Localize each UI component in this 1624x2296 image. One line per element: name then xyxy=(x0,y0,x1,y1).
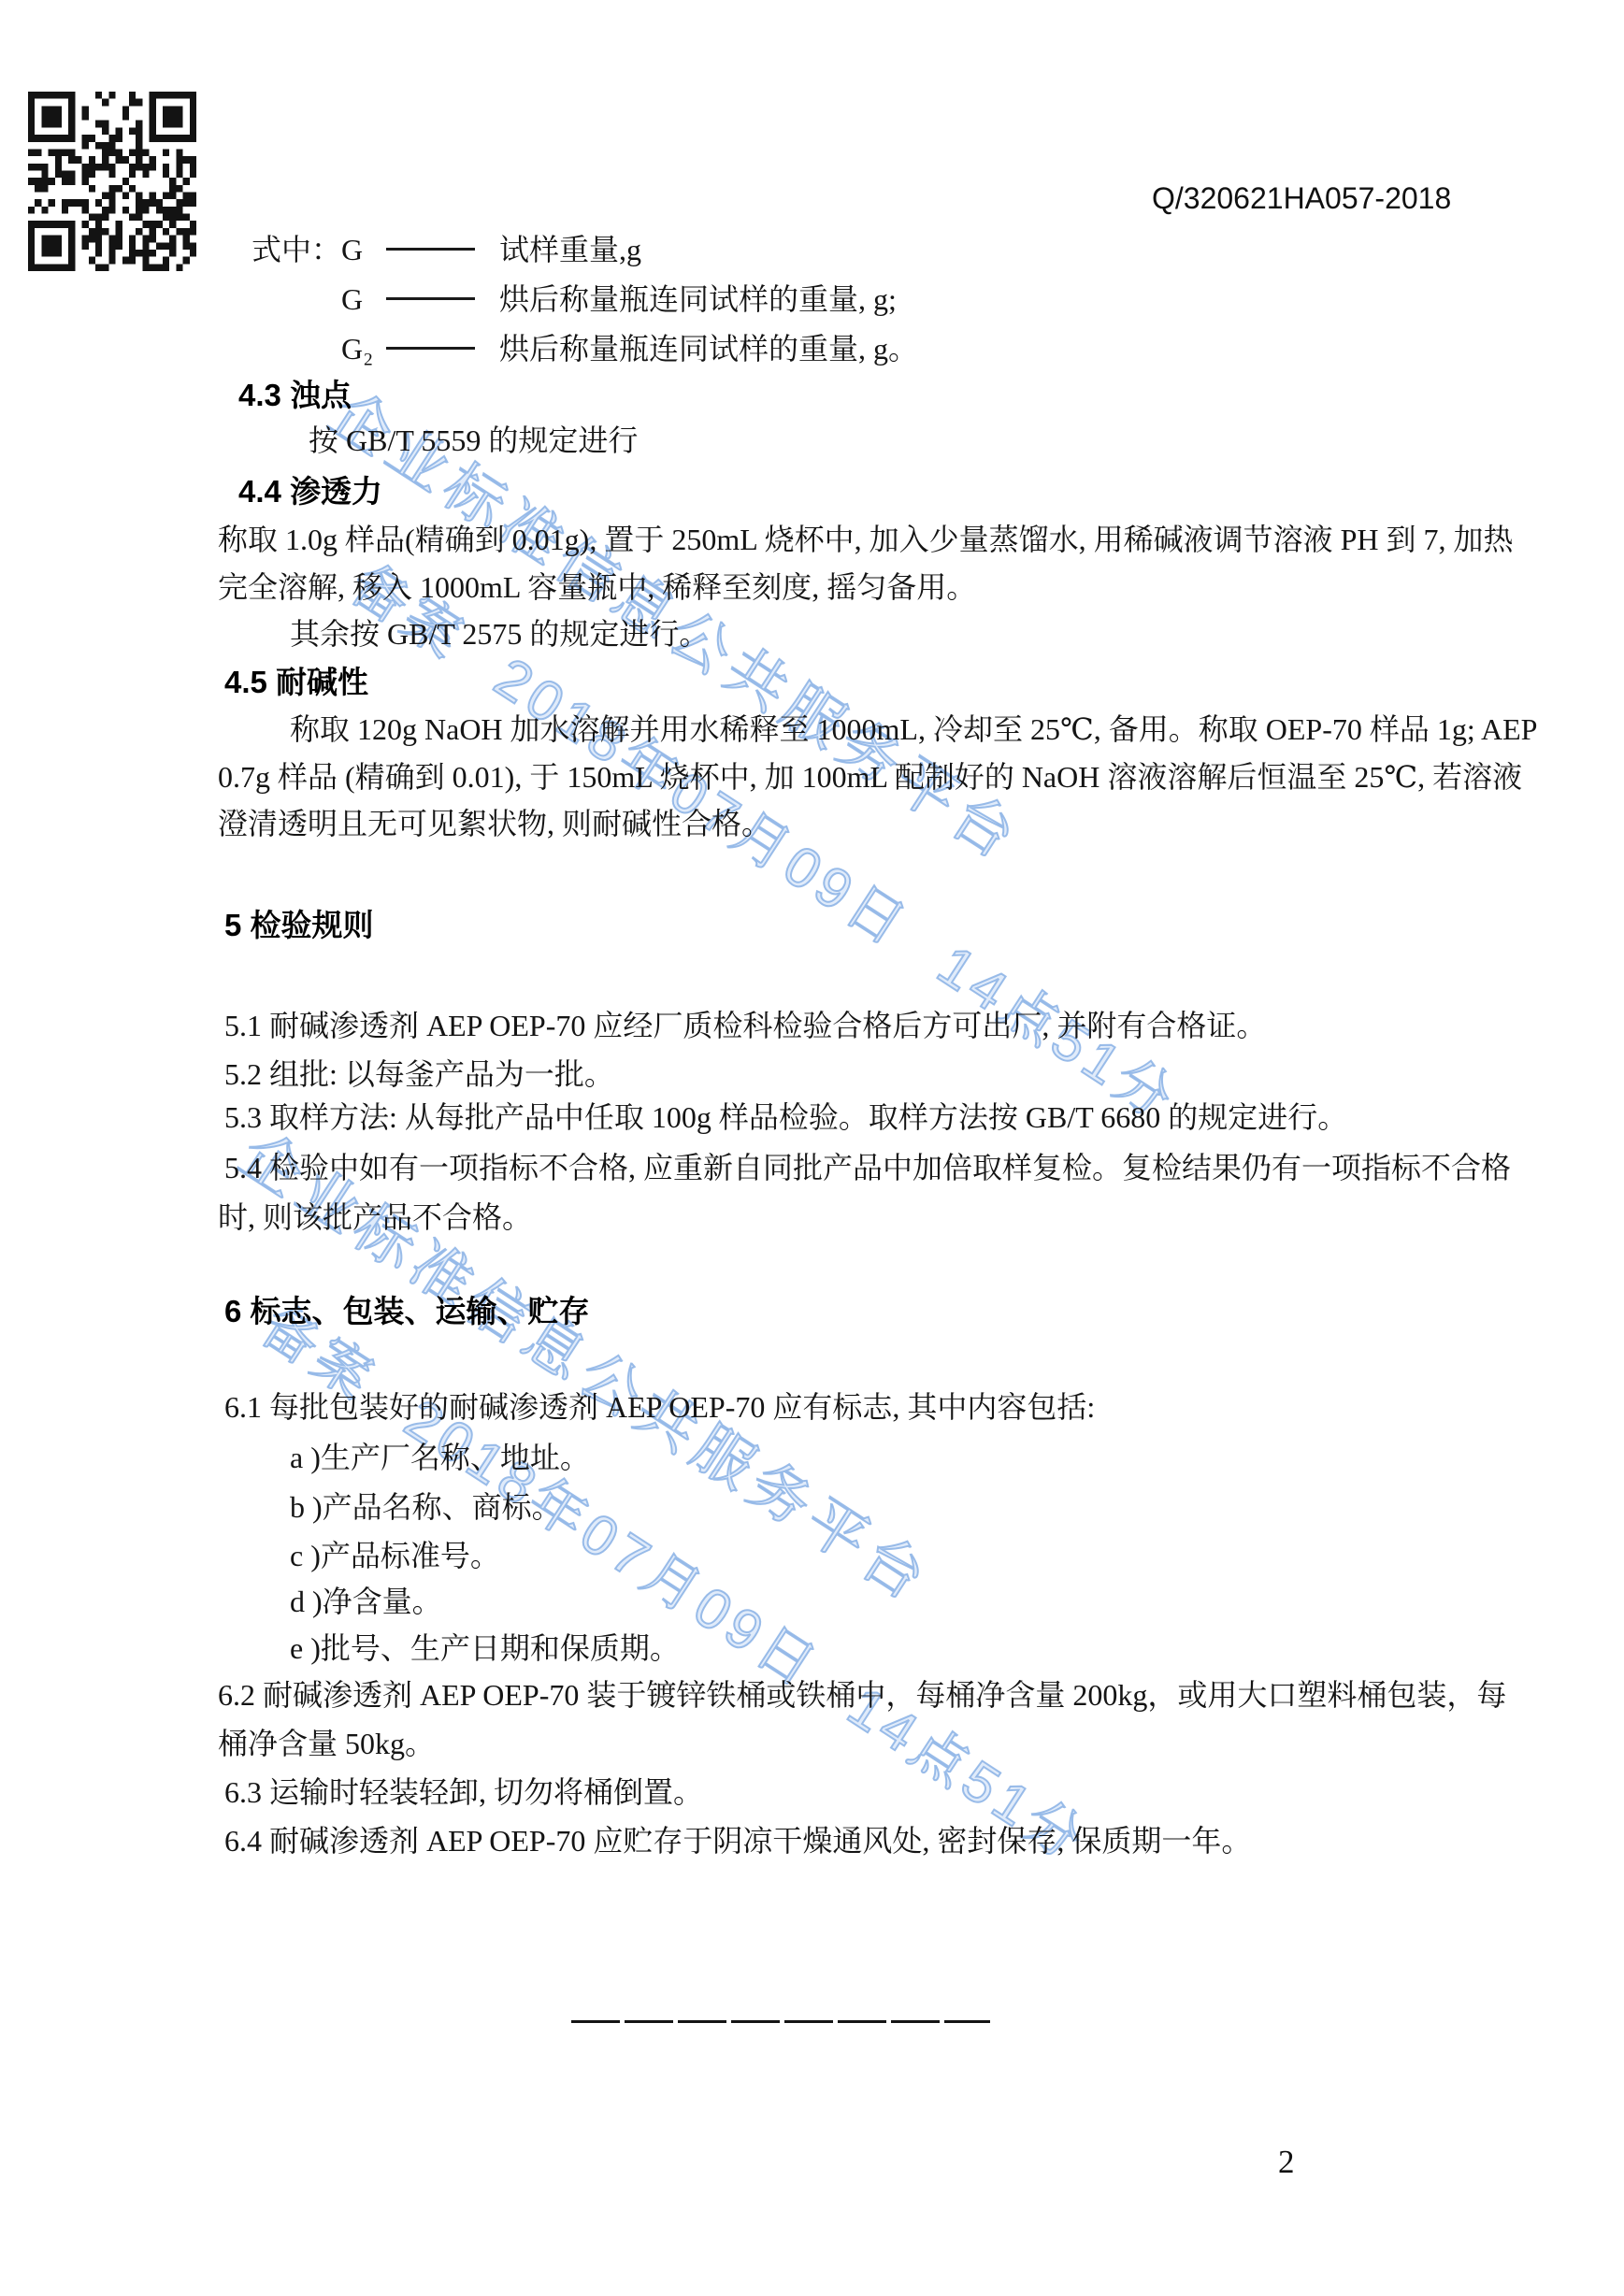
formula-symbol-desc: 烘后称量瓶连同试样的重量, g。 xyxy=(499,332,918,366)
section-4-3-text: 按 GB/T 5559 的规定进行 xyxy=(309,423,638,458)
watermark-spacer xyxy=(450,662,491,688)
section-6-2-text: 桶净含量 50kg。 xyxy=(218,1726,435,1761)
section-4-4-heading: 4.4 渗透力 xyxy=(238,473,382,510)
formula-symbol: G₂ xyxy=(341,331,375,366)
section-5-1-text: 5.1 耐碱渗透剂 AEP OEP-70 应经厂质检科检验合格后方可出厂, 并附… xyxy=(224,1008,1266,1043)
list-item-a: a )生产厂名称、地址。 xyxy=(290,1440,590,1475)
qr-code-icon xyxy=(28,92,196,271)
watermark-date: 2018年07月09日 xyxy=(484,646,921,960)
list-item-c: c )产品标准号。 xyxy=(290,1538,500,1573)
formula-where-row: G₂烘后称量瓶连同试样的重量, g。 xyxy=(341,331,918,366)
end-divider xyxy=(571,2020,990,2023)
section-5-3-text: 5.3 取样方法: 从每批产品中任取 100g 样品检验。取样方法按 GB/T … xyxy=(224,1099,1347,1135)
section-4-5-text: 澄清透明且无可见絮状物, 则耐碱性合格。 xyxy=(218,806,771,841)
section-5-4-text: 5.4 检验中如有一项指标不合格, 应重新自同批产品中加倍取样复检。复检结果仍有… xyxy=(224,1150,1511,1185)
section-5-4-text: 时, 则该批产品不合格。 xyxy=(218,1199,532,1235)
section-6-1-text: 6.1 每批包装好的耐碱渗透剂 AEP OEP-70 应有标志, 其中内容包括: xyxy=(224,1389,1095,1425)
section-4-3-heading: 4.3 浊点 xyxy=(238,377,352,414)
section-6-3-text: 6.3 运输时轻装轻卸, 切勿将桶倒置。 xyxy=(224,1774,703,1810)
page-number: 2 xyxy=(1278,2144,1295,2181)
doc-number: Q/320621HA057-2018 xyxy=(1152,181,1451,216)
section-4-5-text: 0.7g 样品 (精确到 0.01), 于 150mL 烧杯中, 加 100mL… xyxy=(218,759,1522,795)
section-6-4-text: 6.4 耐碱渗透剂 AEP OEP-70 应贮存于阴凉干燥通风处, 密封保存, … xyxy=(224,1823,1251,1858)
watermark-spacer xyxy=(893,949,934,975)
dash-line xyxy=(386,347,475,350)
watermark-platform-text: 企业标准信息公共服务平台 xyxy=(316,366,1270,1027)
formula-where-row: 式中：G试样重量,g xyxy=(252,232,641,267)
section-5-2-text: 5.2 组批: 以每釜产品为一批。 xyxy=(224,1056,614,1092)
formula-where-row: G烘后称量瓶连同试样的重量, g; xyxy=(341,281,897,317)
list-item-d: d )净含量。 xyxy=(290,1584,442,1619)
section-4-4-text: 其余按 GB/T 2575 的规定进行。 xyxy=(290,616,709,652)
section-6-heading: 6 标志、包装、运输、贮存 xyxy=(224,1293,590,1330)
formula-symbol-desc: 烘后称量瓶连同试样的重量, g; xyxy=(499,282,897,316)
dash-line xyxy=(386,297,475,300)
section-6-2-text: 6.2 耐碱渗透剂 AEP OEP-70 装于镀锌铁桶或铁桶中，每桶净含量 20… xyxy=(218,1677,1506,1713)
list-item-b: b )产品名称、商标。 xyxy=(290,1489,562,1525)
formula-symbol: G xyxy=(341,232,375,267)
document-page: Q/320621HA057-2018 企业标准信息公共服务平台 备案2018年0… xyxy=(0,0,1624,2296)
section-4-4-text: 完全溶解, 移入 1000mL 容量瓶中, 稀释至刻度, 摇匀备用。 xyxy=(218,569,976,605)
list-item-e: e )批号、生产日期和保质期。 xyxy=(290,1630,680,1666)
dash-line xyxy=(386,248,475,251)
section-4-5-text: 称取 120g NaOH 加水溶解并用水稀释至 1000mL, 冷却至 25℃,… xyxy=(290,711,1537,747)
section-4-5-heading: 4.5 耐碱性 xyxy=(224,664,368,701)
section-5-heading: 5 检验规则 xyxy=(224,907,374,944)
formula-symbol: G xyxy=(341,281,375,317)
section-4-4-text: 称取 1.0g 样品(精确到 0.01g), 置于 250mL 烧杯中, 加入少… xyxy=(218,522,1513,557)
formula-where-intro: 式中： xyxy=(252,233,341,266)
formula-symbol-desc: 试样重量,g xyxy=(499,233,641,266)
